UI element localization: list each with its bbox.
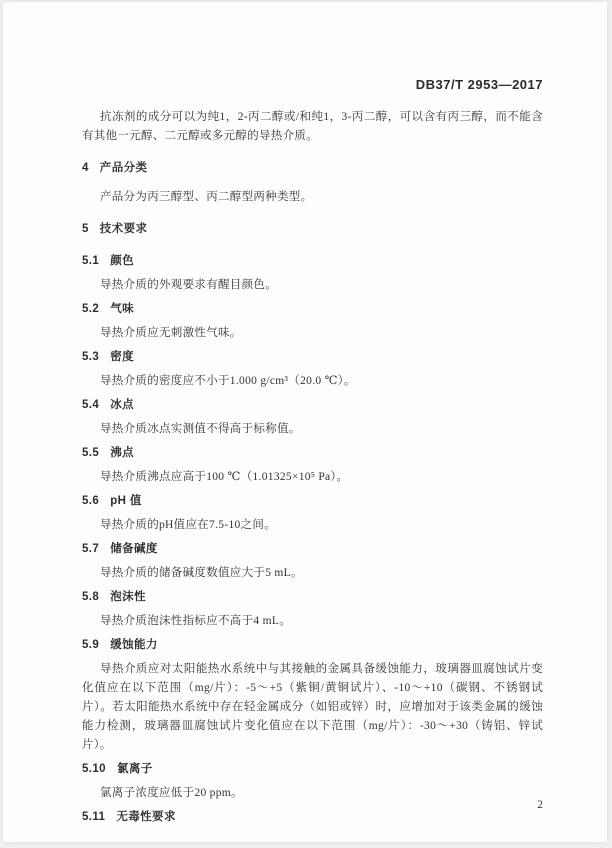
section-number: 5.3 (82, 348, 99, 367)
section-title: pH 值 (110, 495, 142, 507)
section-heading-5-5: 5.5沸点 (82, 444, 543, 463)
section-number: 5.4 (82, 396, 99, 415)
section-heading-5-8: 5.8泡沫性 (82, 588, 543, 607)
section-title: 氯离子 (117, 763, 153, 775)
section-heading-4: 4产品分类 (82, 159, 543, 178)
section-body-5-2: 导热介质应无刺激性气味。 (82, 324, 543, 343)
section-title: 泡沫性 (110, 591, 146, 603)
section-heading-5-4: 5.4冰点 (82, 396, 543, 415)
section-number: 5.1 (82, 252, 99, 271)
section-number: 4 (82, 159, 89, 178)
section-body-5-1: 导热介质的外观要求有醒目颜色。 (82, 276, 543, 295)
section-number: 5 (82, 220, 89, 239)
section-body-5-9: 导热介质应对太阳能热水系统中与其接触的金属具备缓蚀能力，玻璃器皿腐蚀试片变化值应… (82, 660, 543, 755)
section-heading-5-1: 5.1颜色 (82, 252, 543, 271)
section-body-5-4: 导热介质冰点实测值不得高于标称值。 (82, 420, 543, 439)
section-number: 5.5 (82, 444, 99, 463)
section-body-5-5: 导热介质沸点应高于100 ℃（1.01325×10⁵ Pa）。 (82, 468, 543, 487)
section-title: 储备碱度 (110, 543, 158, 555)
scanned-document-canvas: DB37/T 2953—2017 抗冻剂的成分可以为纯1，2-丙二醇或/和纯1，… (0, 0, 612, 848)
section-title: 产品分类 (100, 162, 148, 174)
section-number: 5.7 (82, 540, 99, 559)
standard-code-header: DB37/T 2953—2017 (82, 78, 543, 92)
section-heading-5-7: 5.7储备碱度 (82, 540, 543, 559)
section-heading-5-10: 5.10氯离子 (82, 760, 543, 779)
section-title: 缓蚀能力 (110, 639, 158, 651)
section-body-5-8: 导热介质泡沫性指标应不高于4 mL。 (82, 612, 543, 631)
section-title: 气味 (110, 303, 134, 315)
section-title: 冰点 (110, 399, 134, 411)
section-heading-5-9: 5.9缓蚀能力 (82, 636, 543, 655)
section-title: 技术要求 (100, 223, 148, 235)
section-title: 无毒性要求 (116, 811, 176, 823)
section-title: 颜色 (110, 255, 134, 267)
section-body-5-6: 导热介质的pH值应在7.5-10之间。 (82, 516, 543, 535)
page-number: 2 (537, 799, 543, 811)
section-body-5-10: 氯离子浓度应低于20 ppm。 (82, 784, 543, 803)
section-heading-5-2: 5.2气味 (82, 300, 543, 319)
section-number: 5.9 (82, 636, 99, 655)
section-title: 密度 (110, 351, 134, 363)
section-heading-5-11: 5.11无毒性要求 (82, 808, 543, 827)
section-number: 5.8 (82, 588, 99, 607)
section-heading-5: 5技术要求 (82, 220, 543, 239)
intro-paragraph: 抗冻剂的成分可以为纯1，2-丙二醇或/和纯1，3-丙二醇，可以含有丙三醇，而不能… (82, 108, 543, 146)
section-body-4: 产品分为丙三醇型、丙二醇型两种类型。 (82, 188, 543, 207)
section-number: 5.10 (82, 760, 106, 779)
section-body-5-7: 导热介质的储备碱度数值应大于5 mL。 (82, 564, 543, 583)
section-heading-5-6: 5.6pH 值 (82, 492, 543, 511)
section-heading-5-3: 5.3密度 (82, 348, 543, 367)
section-number: 5.6 (82, 492, 99, 511)
section-number: 5.2 (82, 300, 99, 319)
document-page: DB37/T 2953—2017 抗冻剂的成分可以为纯1，2-丙二醇或/和纯1，… (3, 2, 607, 842)
document-body: 抗冻剂的成分可以为纯1，2-丙二醇或/和纯1，3-丙二醇，可以含有丙三醇，而不能… (82, 108, 543, 827)
section-title: 沸点 (110, 447, 134, 459)
section-number: 5.11 (82, 808, 105, 827)
section-body-5-3: 导热介质的密度应不小于1.000 g/cm³（20.0 ℃）。 (82, 372, 543, 391)
